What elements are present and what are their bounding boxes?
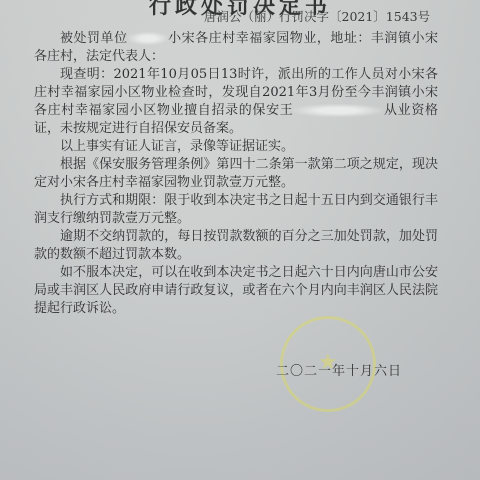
paragraph-party: 被处罚单位小宋各庄村幸福家园物业，地址：丰润镇小宋各庄村，法定代表人： [34, 30, 438, 66]
paragraph-evidence: 以上事实有证人证言，录像等证据证实。 [34, 138, 438, 156]
paragraph-facts: 现查明：2021年10月05日13时许，派出所的工作人员对小宋各庄村幸福家园小区… [34, 66, 438, 138]
party-label: 被处罚单位 [60, 31, 128, 46]
paragraph-appeal: 如不服本决定，可以在收到本决定书之日起六十日内向唐山市公安局或丰润区人民政府申请… [34, 264, 438, 318]
document-number: 唐润公（丽）行罚决字〔2021〕1543号 [204, 7, 430, 25]
signature-date: 二〇二一年十月六日 [276, 360, 402, 379]
paragraph-late-penalty: 逾期不交纳罚款的，每日按罚款数额的百分之三加处罚款，加处罚款的数额不超过罚款本数… [34, 228, 438, 264]
paragraph-decision: 根据《保安服务管理条例》第四十二条第一款第二项之规定，现决定对小宋各庄村幸福家园… [34, 156, 438, 192]
facts-label: 现查明： [60, 67, 113, 82]
redacted-blur [293, 104, 383, 117]
document-body: 被处罚单位小宋各庄村幸福家园物业，地址：丰润镇小宋各庄村，法定代表人： 现查明：… [34, 30, 438, 318]
redacted-blur [128, 32, 168, 45]
paragraph-execution: 执行方式和期限：限于收到本决定书之日起十五日内到交通银行丰润支行缴纳罚款壹万元整… [34, 192, 438, 228]
